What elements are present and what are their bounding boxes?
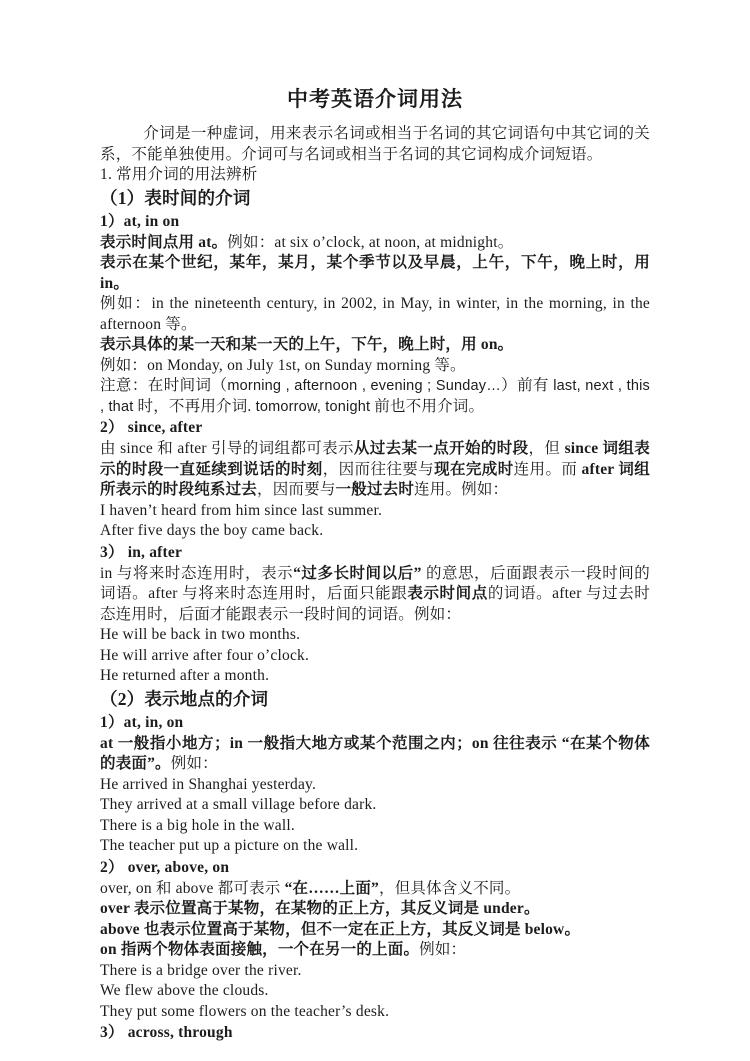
text-segment: over, on 和 above 都可表示 [100, 880, 285, 897]
text-segment: 2） over, above, on [100, 859, 229, 876]
text-segment: 中考英语介词用法 [287, 87, 463, 111]
text-segment: tomorrow, tonight [256, 399, 371, 415]
text-segment: ，因而要与 [257, 481, 336, 498]
example-sentence: There is a bridge over the river. [100, 961, 650, 982]
text-segment: He will arrive after four o’clock. [100, 647, 309, 664]
text-segment: 表示时间点用 at。 [100, 234, 227, 251]
text-segment: 例如： [419, 941, 466, 958]
example-sentence: He will be back in two months. [100, 625, 650, 646]
example-sentence: The teacher put up a picture on the wall… [100, 836, 650, 857]
example-sentence: He will arrive after four o’clock. [100, 646, 650, 667]
text-segment: “过多长时间以后” [293, 565, 421, 582]
text-segment: He arrived in Shanghai yesterday. [100, 776, 316, 793]
text-segment: ）前有 [501, 377, 553, 394]
text-segment: They arrived at a small village before d… [100, 796, 377, 813]
item-3-in-after: 3） in, after [100, 542, 650, 564]
rule-line-on: 表示具体的某一天和某一天的上午，下午，晚上时，用 on。 [100, 335, 650, 356]
text-segment: 时，不再用介词. [133, 398, 255, 415]
text-segment: 1）at, in on [100, 213, 179, 230]
text-segment: After five days the boy came back. [100, 522, 323, 539]
text-segment: 例如：at six o’clock, at noon, at midnight。 [227, 234, 513, 251]
note-line: 注意：在时间词（morning , afternoon , evening ; … [100, 376, 650, 417]
subsection-time-heading: （1）表时间的介词 [100, 186, 650, 211]
text-segment: ，因而往往要与 [323, 461, 434, 478]
text-segment: 例如： [171, 755, 218, 772]
text-segment: on 指两个物体表面接触，一个在另一的上面。 [100, 941, 419, 958]
text-segment: He will be back in two months. [100, 626, 300, 643]
text-segment: above 也表示位置高于某物，但不一定在正上方，其反义词是 below。 [100, 921, 580, 938]
text-segment: 3） across, through [100, 1024, 233, 1041]
text-segment: （2）表示地点的介词 [100, 689, 268, 709]
text-segment: We flew above the clouds. [100, 982, 269, 999]
text-segment: 2） since, after [100, 419, 202, 436]
text-segment: 3） in, after [100, 544, 182, 561]
example-sentence: After five days the boy came back. [100, 521, 650, 542]
item-1-at-in-on: 1）at, in on [100, 211, 650, 233]
text-segment: “在……上面” [285, 880, 379, 897]
text-segment: 注意：在时间词（ [100, 377, 227, 394]
text-segment: 例如：in the nineteenth century, in 2002, i… [100, 295, 650, 333]
example-sentence: We flew above the clouds. [100, 981, 650, 1002]
rule-line-at: 表示时间点用 at。例如：at six o’clock, at noon, at… [100, 233, 650, 254]
item-3-across-through: 3） across, through [100, 1022, 650, 1044]
text-segment: 介词是一种虚词，用来表示名词或相当于名词的其它词语句中其它词的关系，不能单独使用… [100, 125, 650, 163]
rule-line-over-above-on: over, on 和 above 都可表示 “在……上面”，但具体含义不同。 [100, 879, 650, 900]
item-2-since-after: 2） since, after [100, 417, 650, 439]
rule-line-above: above 也表示位置高于某物，但不一定在正上方，其反义词是 below。 [100, 920, 650, 941]
text-segment: 一般过去时 [336, 481, 415, 498]
example-sentence: He returned after a month. [100, 666, 650, 687]
text-segment: 例如：on Monday, on July 1st, on Sunday mor… [100, 357, 466, 374]
rule-paragraph-since-after: 由 since 和 after 引导的词组都可表示从过去某一点开始的时段，但 s… [100, 439, 650, 501]
example-sentence: They arrived at a small village before d… [100, 795, 650, 816]
text-segment: 表示时间点 [407, 585, 487, 602]
rule-line-over: over 表示位置高于某物，在某物的正上方，其反义词是 under。 [100, 899, 650, 920]
example-sentence: They put some flowers on the teacher’s d… [100, 1002, 650, 1023]
rule-line-in: 表示在某个世纪，某年，某月，某个季节以及早晨，上午，下午，晚上时，用 in。 [100, 253, 650, 294]
text-segment: ，但具体含义不同。 [379, 880, 520, 897]
text-segment: 连用。而 [514, 461, 582, 478]
intro-paragraph: 介词是一种虚词，用来表示名词或相当于名词的其它词语句中其它词的关系，不能单独使用… [100, 124, 650, 165]
text-segment: 从过去某一点开始的时段 [354, 440, 529, 457]
section-1-heading: 1. 常用介词的用法辨析 [100, 165, 650, 186]
text-segment: I haven’t heard from him since last summ… [100, 502, 382, 519]
text-segment: ，但 [529, 440, 565, 457]
document-page: 中考英语介词用法介词是一种虚词，用来表示名词或相当于名词的其它词语句中其它词的关… [0, 0, 750, 1061]
text-segment: There is a big hole in the wall. [100, 817, 295, 834]
text-segment: 由 since 和 after 引导的词组都可表示 [100, 440, 354, 457]
text-segment: 连用。例如： [414, 481, 508, 498]
text-segment: 前也不用介词。 [370, 398, 484, 415]
example-sentence: He arrived in Shanghai yesterday. [100, 775, 650, 796]
rule-paragraph-at-in-on-place: at 一般指小地方；in 一般指大地方或某个范围之内；on 往往表示 “在某个物… [100, 734, 650, 775]
subsection-place-heading: （2）表示地点的介词 [100, 687, 650, 712]
text-segment: They put some flowers on the teacher’s d… [100, 1003, 389, 1020]
example-line-on: 例如：on Monday, on July 1st, on Sunday mor… [100, 356, 650, 377]
text-segment: There is a bridge over the river. [100, 962, 302, 979]
rule-paragraph-in-after: in 与将来时态连用时，表示“过多长时间以后” 的意思，后面跟表示一段时间的词语… [100, 564, 650, 626]
item-2-over-above-on: 2） over, above, on [100, 857, 650, 879]
rule-line-on-contact: on 指两个物体表面接触，一个在另一的上面。例如： [100, 940, 650, 961]
example-sentence: There is a big hole in the wall. [100, 816, 650, 837]
text-segment: over 表示位置高于某物，在某物的正上方，其反义词是 under。 [100, 900, 540, 917]
example-line-in: 例如：in the nineteenth century, in 2002, i… [100, 294, 650, 335]
item-1-at-in-on-place: 1）at, in, on [100, 712, 650, 734]
text-segment: （1）表时间的介词 [100, 188, 251, 208]
text-segment: morning , afternoon , evening ; Sunday… [227, 378, 501, 394]
text-segment: 表示具体的某一天和某一天的上午，下午，晚上时，用 on。 [100, 336, 513, 353]
text-segment: 1. 常用介词的用法辨析 [100, 166, 257, 183]
text-segment: 1）at, in, on [100, 714, 183, 731]
text-segment: He returned after a month. [100, 667, 269, 684]
text-segment: The teacher put up a picture on the wall… [100, 837, 358, 854]
text-segment: 表示在某个世纪，某年，某月，某个季节以及早晨，上午，下午，晚上时，用 in。 [100, 254, 650, 292]
example-sentence: I haven’t heard from him since last summ… [100, 501, 650, 522]
text-segment: in 与将来时态连用时，表示 [100, 565, 293, 582]
text-segment: 现在完成时 [434, 461, 514, 478]
document-title: 中考英语介词用法 [100, 86, 650, 112]
